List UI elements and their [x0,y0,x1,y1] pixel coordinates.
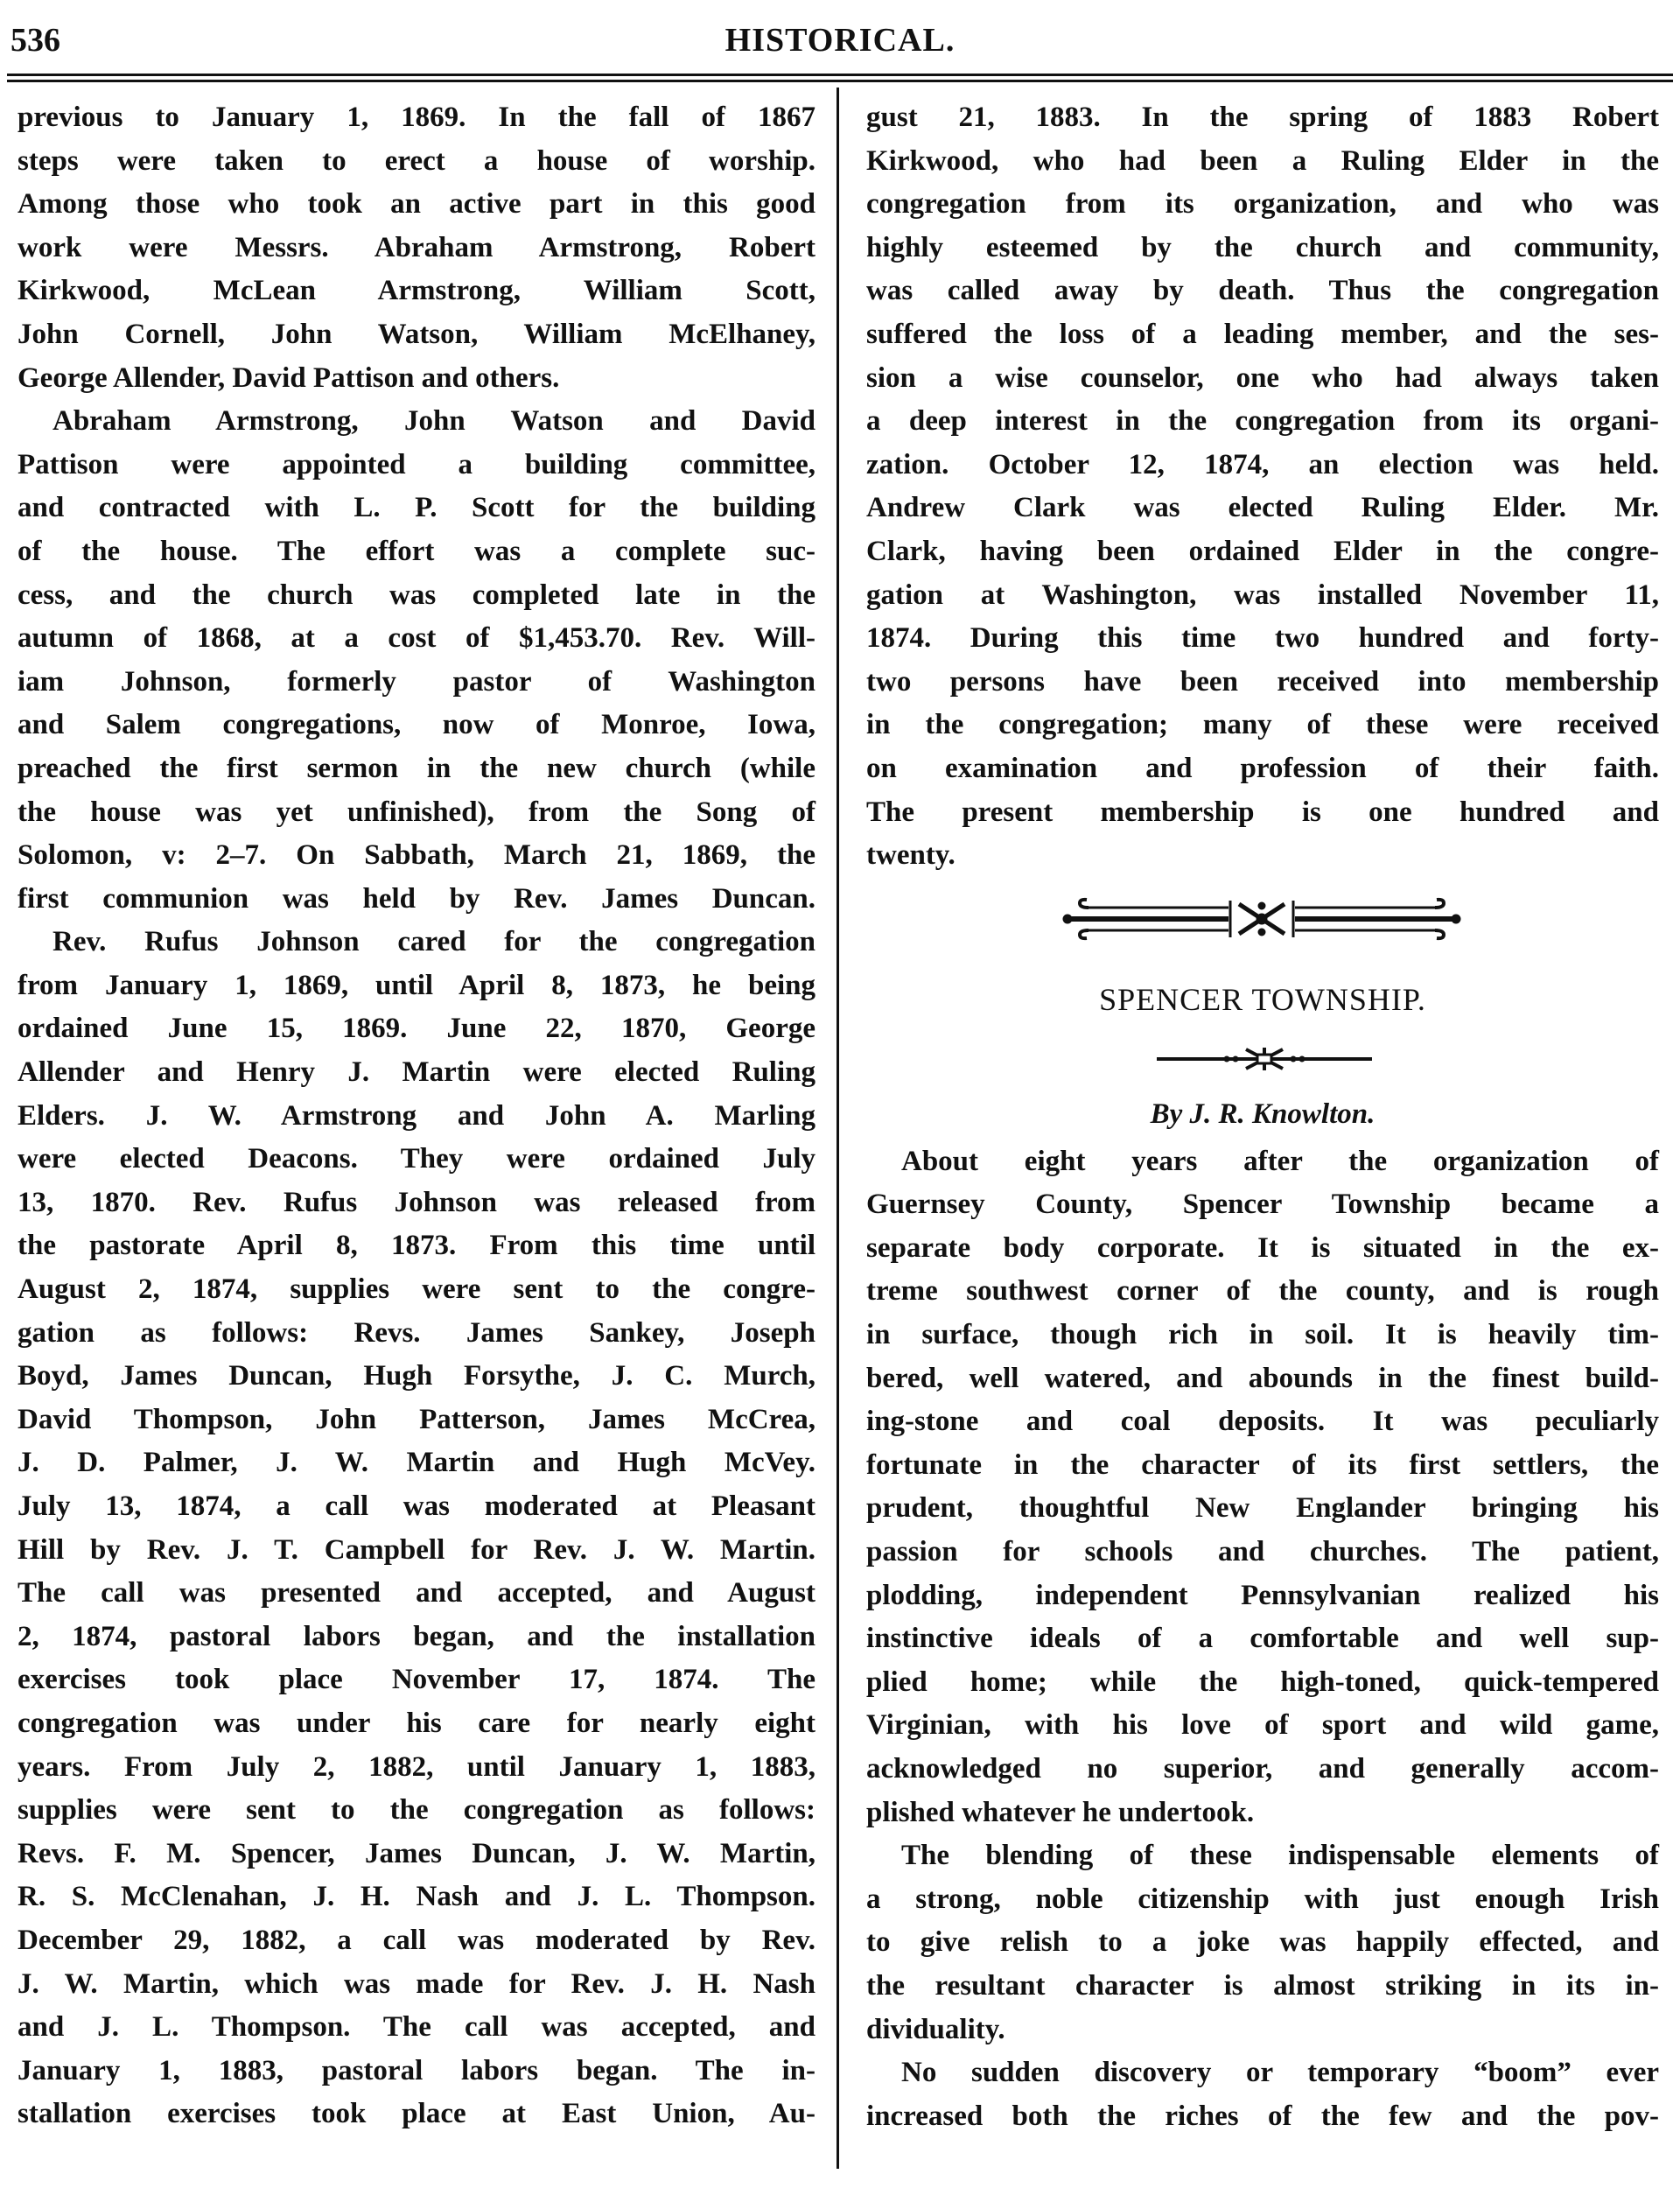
text-line: supplies were sent to the congregation a… [17,1789,815,1833]
text-line: on examination and profession of their f… [866,747,1659,791]
text-line: exercises took place November 17, 1874. … [17,1659,815,1702]
text-line: passion for schools and churches. The pa… [866,1531,1659,1574]
text-line: bered, well watered, and abounds in the … [866,1357,1659,1401]
text-line: separate body corporate. It is situated … [866,1227,1659,1271]
text-line: to give relish to a joke was happily eff… [866,1921,1659,1965]
header-rule-top [7,74,1673,76]
text-line: Guernsey County, Spencer Township became… [866,1183,1659,1227]
right-column-text-after-section: About eight years after the organization… [866,1140,1659,2139]
column-divider [836,88,839,2169]
text-line: years. From July 2, 1882, until January … [17,1746,815,1790]
text-line: twenty. [866,834,1659,878]
text-line: ing-stone and coal deposits. It was pecu… [866,1400,1659,1444]
text-line: and J. L. Thompson. The call was accepte… [17,2006,815,2050]
text-line: sion a wise counselor, one who had alway… [866,357,1659,401]
text-line: congregation from its organization, and … [866,183,1659,227]
text-line: The call was presented and accepted, and… [17,1572,815,1616]
text-line: fortunate in the character of its first … [866,1444,1659,1488]
text-line: steps were taken to erect a house of wor… [17,140,815,184]
section-ornament-small [866,1034,1659,1088]
text-line: 2, 1874, pastoral labors began, and the … [17,1616,815,1659]
text-line: increased both the riches of the few and… [866,2095,1659,2139]
text-line: work were Messrs. Abraham Armstrong, Rob… [17,227,815,270]
text-line: previous to January 1, 1869. In the fall… [17,96,815,140]
byline: By J. R. Knowlton. [866,1088,1659,1140]
text-line: suffered the loss of a leading member, a… [866,313,1659,357]
left-column: previous to January 1, 1869. In the fall… [17,96,815,2136]
header-double-rule [7,74,1673,83]
text-line: in the congregation; many of these were … [866,704,1659,747]
text-line: R. S. McClenahan, J. H. Nash and J. L. T… [17,1876,815,1919]
section-ornament-large [866,878,1659,965]
text-line: from January 1, 1869, until April 8, 187… [17,964,815,1008]
text-line: Rev. Rufus Johnson cared for the congreg… [17,921,815,964]
text-line: About eight years after the organization… [866,1140,1659,1184]
text-line: Solomon, v: 2–7. On Sabbath, March 21, 1… [17,834,815,878]
text-line: John Cornell, John Watson, William McElh… [17,313,815,357]
text-line: gust 21, 1883. In the spring of 1883 Rob… [866,96,1659,140]
text-line: preached the first sermon in the new chu… [17,747,815,791]
text-line: of the house. The effort was a complete … [17,530,815,574]
text-line: Clark, having been ordained Elder in the… [866,530,1659,574]
text-line: The present membership is one hundred an… [866,791,1659,835]
text-line: the pastorate April 8, 1873. From this t… [17,1224,815,1268]
text-line: 1874. During this time two hundred and f… [866,617,1659,661]
text-line: December 29, 1882, a call was moderated … [17,1919,815,1963]
text-line: in surface, though rich in soil. It is h… [866,1314,1659,1357]
text-line: plodding, independent Pennsylvanian real… [866,1574,1659,1618]
text-line: David Thompson, John Patterson, James Mc… [17,1399,815,1442]
text-line: the house was yet unfinished), from the … [17,791,815,835]
text-line: January 1, 1883, pastoral labors began. … [17,2050,815,2093]
text-line: a deep interest in the congregation from… [866,400,1659,444]
text-line: Virginian, with his love of sport and wi… [866,1704,1659,1748]
text-line: autumn of 1868, at a cost of $1,453.70. … [17,617,815,661]
text-line: stallation exercises took place at East … [17,2093,815,2136]
decorative-divider-icon [1155,1046,1374,1072]
text-line: two persons have been received into memb… [866,661,1659,705]
text-line: highly esteemed by the church and commun… [866,227,1659,270]
text-line: August 2, 1874, supplies were sent to th… [17,1268,815,1312]
text-line: dividuality. [866,2009,1659,2052]
text-line: and contracted with L. P. Scott for the … [17,487,815,530]
text-line: Andrew Clark was elected Ruling Elder. M… [866,487,1659,530]
text-line: Boyd, James Duncan, Hugh Forsythe, J. C.… [17,1355,815,1399]
right-column: gust 21, 1883. In the spring of 1883 Rob… [866,96,1659,2138]
text-line: J. W. Martin, which was made for Rev. J.… [17,1963,815,2007]
text-line: Abraham Armstrong, John Watson and David [17,400,815,444]
right-column-text-before-section: gust 21, 1883. In the spring of 1883 Rob… [866,96,1659,878]
text-line: George Allender, David Pattison and othe… [17,357,815,401]
text-line: cess, and the church was completed late … [17,574,815,618]
text-line: instinctive ideals of a comfortable and … [866,1617,1659,1661]
text-line: gation at Washington, was installed Nove… [866,574,1659,618]
text-line: Among those who took an active part in t… [17,183,815,227]
text-line: plished whatever he undertook. [866,1792,1659,1835]
text-line: plied home; while the high-toned, quick-… [866,1661,1659,1705]
text-line: Revs. F. M. Spencer, James Duncan, J. W.… [17,1833,815,1876]
text-line: a strong, noble citizenship with just en… [866,1878,1659,1922]
text-line: first communion was held by Rev. James D… [17,878,815,922]
text-line: Elders. J. W. Armstrong and John A. Marl… [17,1095,815,1139]
text-line: zation. October 12, 1874, an election wa… [866,444,1659,487]
text-line: ordained June 15, 1869. June 22, 1870, G… [17,1007,815,1051]
text-line: Kirkwood, McLean Armstrong, William Scot… [17,270,815,313]
text-line: were elected Deacons. They were ordained… [17,1138,815,1182]
header-rule-bottom [7,80,1673,82]
text-line: treme southwest corner of the county, an… [866,1270,1659,1314]
text-line: The blending of these indispensable elem… [866,1834,1659,1878]
text-line: acknowledged no superior, and generally … [866,1748,1659,1792]
text-line: July 13, 1874, a call was moderated at P… [17,1485,815,1529]
text-line: congregation was under his care for near… [17,1702,815,1746]
text-line: gation as follows: Revs. James Sankey, J… [17,1312,815,1356]
text-line: Hill by Rev. J. T. Campbell for Rev. J. … [17,1529,815,1573]
text-line: Kirkwood, who had been a Ruling Elder in… [866,140,1659,184]
text-line: Allender and Henry J. Martin were electe… [17,1051,815,1095]
text-line: the resultant character is almost striki… [866,1965,1659,2009]
section-heading: SPENCER TOWNSHIP. [866,965,1659,1034]
text-line: and Salem congregations, now of Monroe, … [17,704,815,747]
text-line: 13, 1870. Rev. Rufus Johnson was release… [17,1182,815,1225]
text-line: iam Johnson, formerly pastor of Washingt… [17,661,815,705]
text-line: J. D. Palmer, J. W. Martin and Hugh McVe… [17,1441,815,1485]
running-head: 536 HISTORICAL. [0,16,1680,68]
book-page: 536 HISTORICAL. previous to January 1, 1… [0,0,1680,2188]
text-line: was called away by death. Thus the congr… [866,270,1659,313]
text-line: prudent, thoughtful New Englander bringi… [866,1487,1659,1531]
text-line: Pattison were appointed a building commi… [17,444,815,487]
text-line: No sudden discovery or temporary “boom” … [866,2051,1659,2095]
decorative-divider-icon [1060,897,1463,941]
running-title: HISTORICAL. [0,21,1680,60]
